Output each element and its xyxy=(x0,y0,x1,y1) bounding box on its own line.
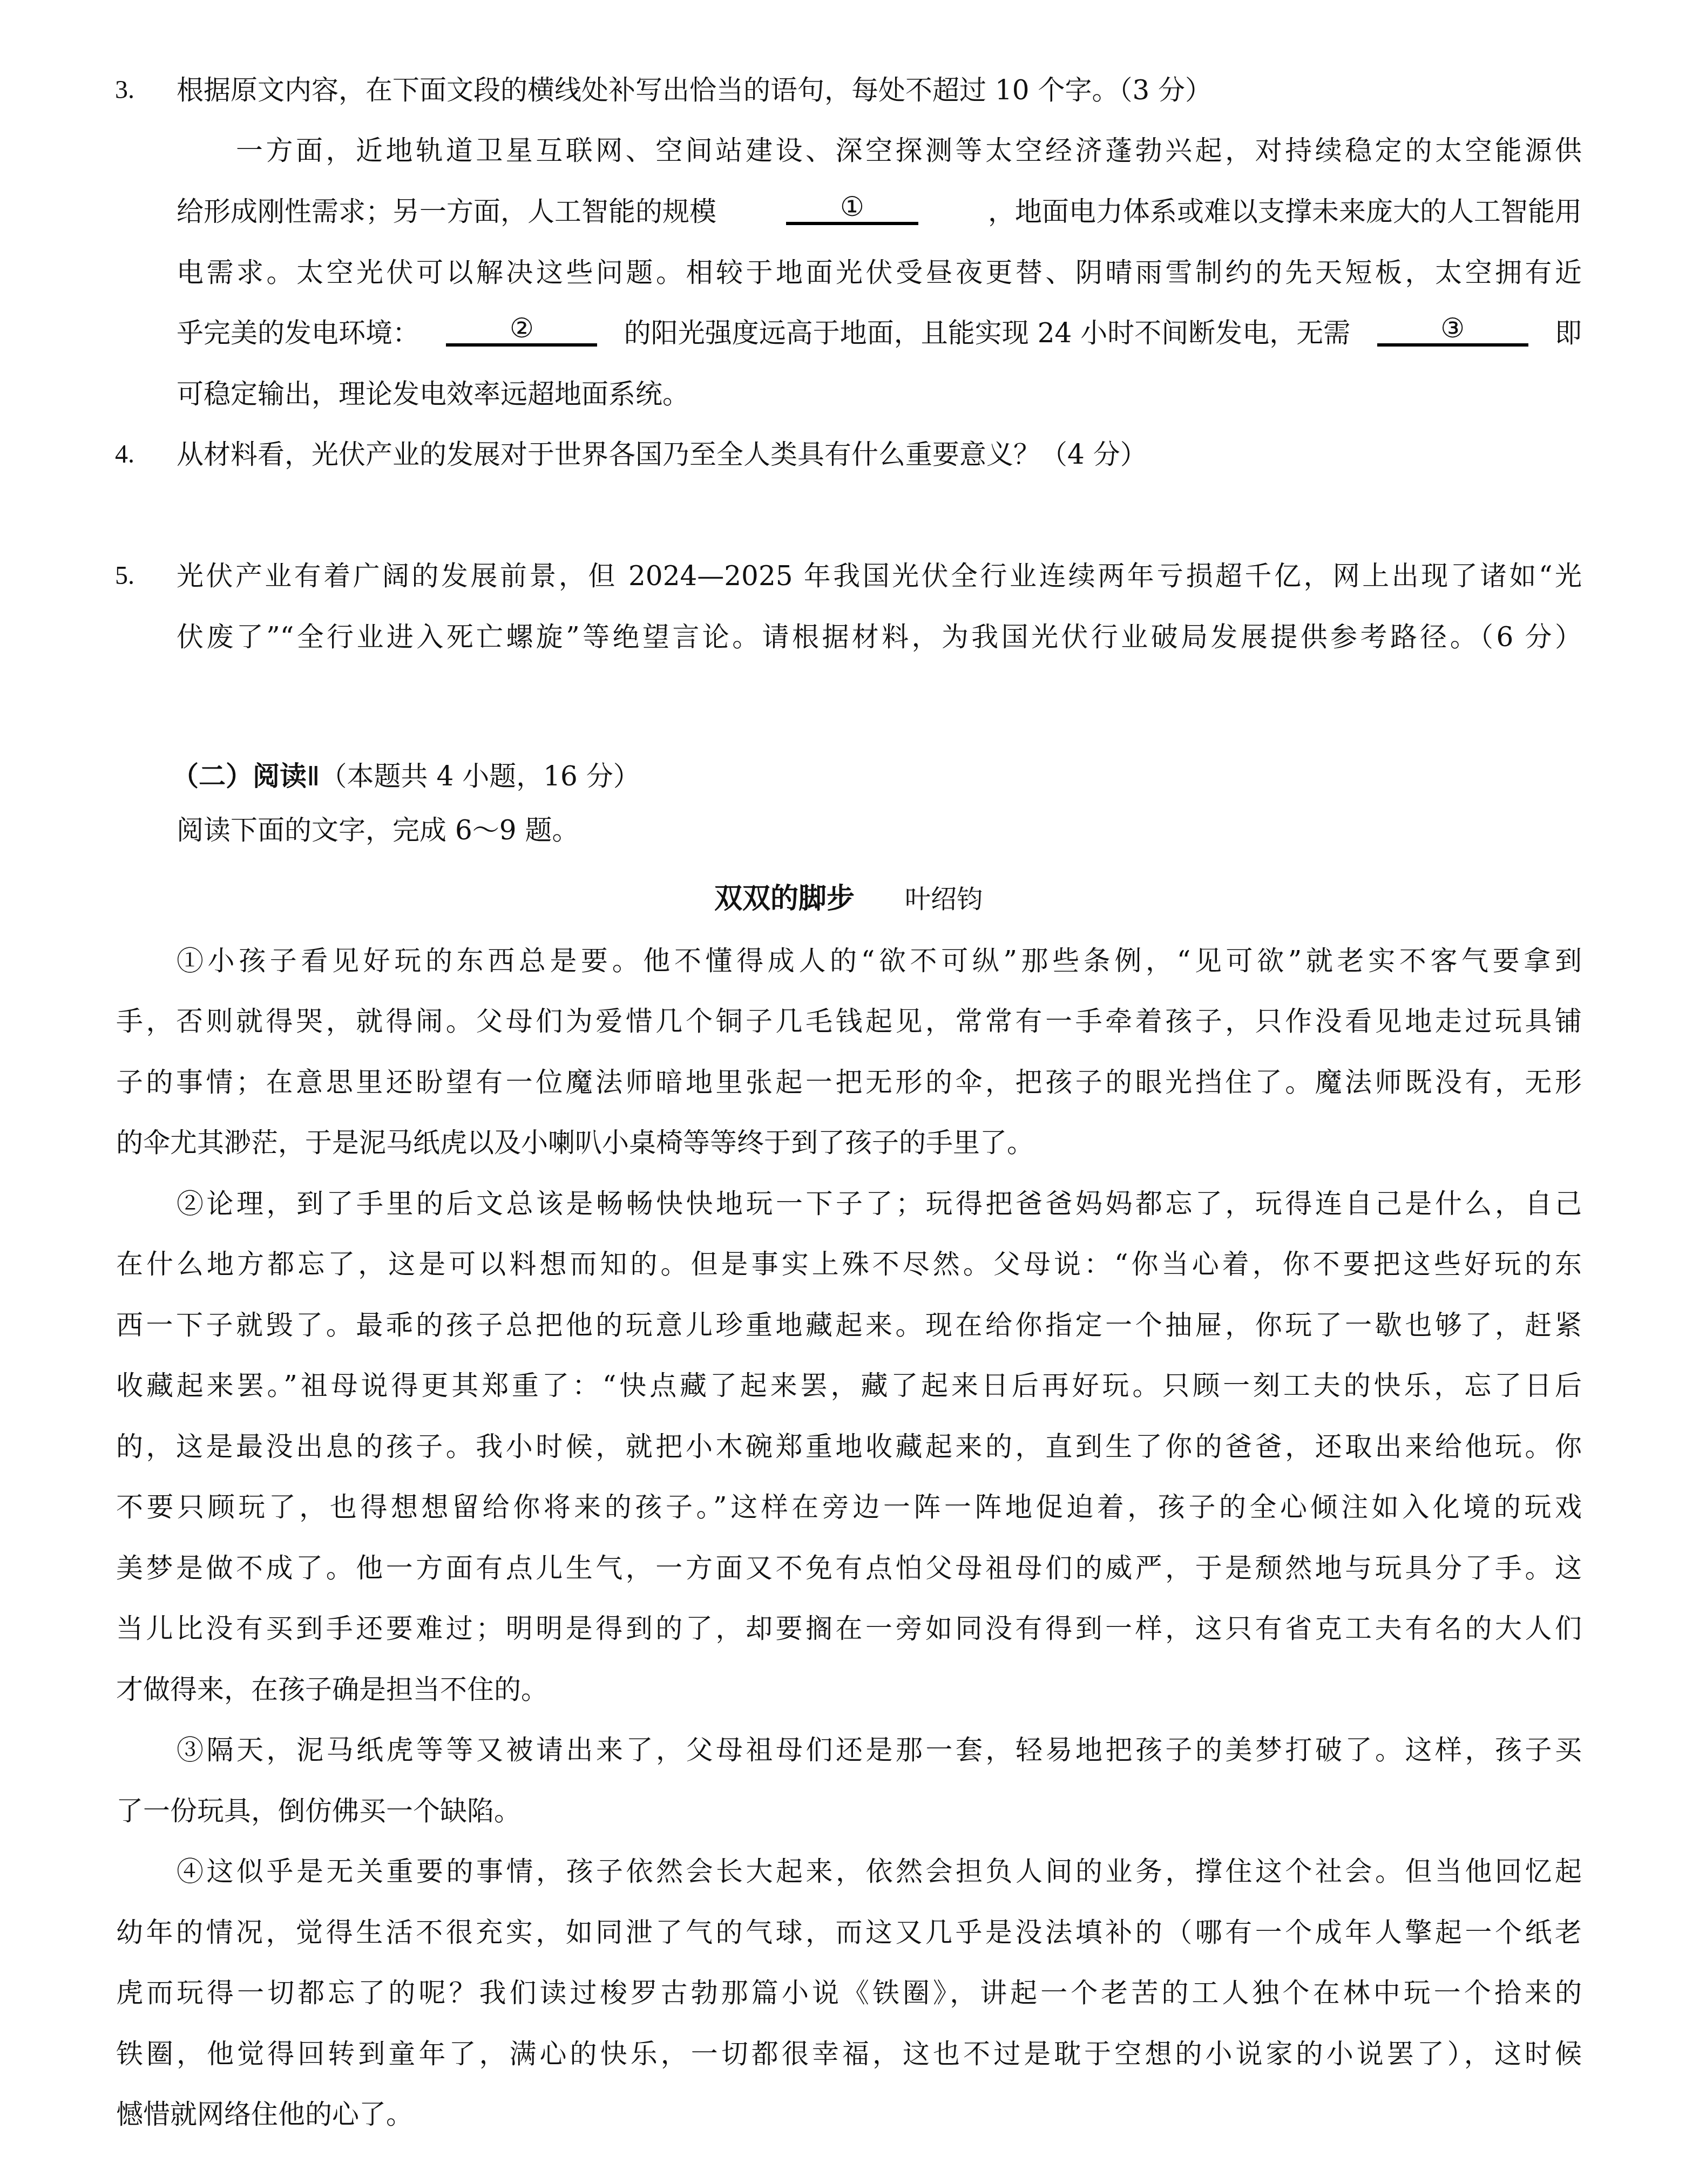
paragraph-2-line: 当儿比没有买到手还要难过；明明是得到的了，却要搁在一旁如同没有得到一样，这只有省… xyxy=(116,1610,1582,1647)
fill-blank-1[interactable]: ① xyxy=(786,192,918,225)
section-instruction: 阅读下面的文字，完成 6～9 题。 xyxy=(177,811,579,849)
paragraph-3-line: ③隔天，泥马纸虎等等又被请出来了，父母祖母们还是那一套，轻易地把孩子的美梦打破了… xyxy=(177,1731,1582,1769)
fill-blank-2[interactable]: ② xyxy=(446,313,597,347)
paragraph-2-line: 的，这是最没出息的孩子。我小时候，就把小木碗郑重地收藏起来的，直到生了你的爸爸，… xyxy=(116,1428,1582,1466)
article-heading: 双双的脚步 叶绍钧 xyxy=(714,880,983,918)
paragraph-2-line: 收藏起来罢。”祖母说得更其郑重了：“快点藏了起来罢，藏了起来日后再好玩。只顾一刻… xyxy=(116,1367,1582,1405)
passage-text: 的阳光强度远高于地面，且能实现 24 小时不间断发电，无需 xyxy=(624,314,1350,352)
question-number: 5. xyxy=(115,557,134,595)
passage-text: 乎完美的发电环境： xyxy=(177,314,419,352)
paragraph-4-line: 铁圈，他觉得回转到童年了，满心的快乐，一切都很幸福，这也不过是耽于空想的小说家的… xyxy=(116,2035,1582,2073)
paragraph-2-line: 才做得来，在孩子确是担当不住的。 xyxy=(116,1671,548,1708)
passage-line-with-blank: 给形成刚性需求；另一方面，人工智能的规模 ① ，地面电力体系或难以支撑未来庞大的… xyxy=(177,193,1582,230)
passage-line-with-blanks: 乎完美的发电环境： ② 的阳光强度远高于地面，且能实现 24 小时不间断发电，无… xyxy=(177,314,1582,352)
paragraph-2-line: 西一下子就毁了。最乖的孩子总把他的玩意儿珍重地藏起来。现在给你指定一个抽屉，你玩… xyxy=(116,1306,1582,1344)
paragraph-1-line: 子的事情；在意思里还盼望有一位魔法师暗地里张起一把无形的伞，把孩子的眼光挡住了。… xyxy=(116,1063,1582,1101)
passage-line: 可稳定输出，理论发电效率远超地面系统。 xyxy=(177,375,689,413)
paragraph-2-line: ②论理，到了手里的后文总该是畅畅快快地玩一下子了；玩得把爸爸妈妈都忘了，玩得连自… xyxy=(177,1185,1582,1223)
passage-line: 电需求。太空光伏可以解决这些问题。相较于地面光伏受昼夜更替、阴晴雨雪制约的先天短… xyxy=(177,254,1582,291)
passage-text: 即 xyxy=(1555,314,1582,352)
paragraph-2-line: 不要只顾玩了，也得想想留给你将来的孩子。”这样在旁边一阵一阵地促迫着，孩子的全心… xyxy=(116,1488,1582,1526)
paragraph-4-line: ④这似乎是无关重要的事情，孩子依然会长大起来，依然会担负人间的业务，撑住这个社会… xyxy=(177,1853,1582,1890)
passage-text: ，地面电力体系或难以支撑未来庞大的人工智能用 xyxy=(988,193,1582,230)
question-prompt: 根据原文内容，在下面文段的横线处补写出恰当的语句，每处不超过 10 个字。（3 … xyxy=(177,71,1212,109)
question-prompt-line: 伏废了”“全行业进入死亡螺旋”等绝望言论。请根据材料，为我国光伏行业破局发展提供… xyxy=(177,618,1582,656)
article-title: 双双的脚步 xyxy=(714,883,855,915)
section-title-info: （本题共 4 小题，16 分） xyxy=(320,761,640,792)
passage-line: 一方面，近地轨道卫星互联网、空间站建设、深空探测等太空经济蓬勃兴起，对持续稳定的… xyxy=(236,132,1582,169)
article-author: 叶绍钧 xyxy=(905,884,983,914)
paragraph-1-line: ①小孩子看见好玩的东西总是要。他不懂得成人的“欲不可纵”那些条例，“见可欲”就老… xyxy=(177,942,1582,980)
passage-text: 给形成刚性需求；另一方面，人工智能的规模 xyxy=(177,193,716,230)
paragraph-1-line: 手，否则就得哭，就得闹。父母们为爱惜几个铜子几毛钱起见，常常有一手牵着孩子，只作… xyxy=(116,1002,1582,1040)
fill-blank-3[interactable]: ③ xyxy=(1377,313,1528,347)
section-numeral: Ⅱ xyxy=(307,761,320,792)
section-title-bold: （二）阅读 xyxy=(172,761,307,792)
question-number: 3. xyxy=(115,71,134,109)
question-prompt-line: 光伏产业有着广阔的发展前景，但 2024—2025 年我国光伏全行业连续两年亏损… xyxy=(177,557,1582,595)
paragraph-4-line: 虎而玩得一切都忘了的呢？我们读过梭罗古勃那篇小说《铁圈》，讲起一个老苦的工人独个… xyxy=(116,1974,1582,2012)
question-prompt: 从材料看，光伏产业的发展对于世界各国乃至全人类具有什么重要意义？（4 分） xyxy=(177,436,1147,473)
paragraph-4-line: 幼年的情况，觉得生活不很充实，如同泄了气的气球，而这又几乎是没法填补的（哪有一个… xyxy=(116,1914,1582,1951)
question-number: 4. xyxy=(115,436,134,473)
paragraph-4-line: 憾惜就网络住他的心了。 xyxy=(116,2095,413,2133)
section-title: （二）阅读Ⅱ（本题共 4 小题，16 分） xyxy=(172,757,640,795)
paragraph-1-line: 的伞尤其渺茫，于是泥马纸虎以及小喇叭小桌椅等等终于到了孩子的手里了。 xyxy=(116,1124,1034,1162)
paragraph-2-line: 在什么地方都忘了，这是可以料想而知的。但是事实上殊不尽然。父母说：“你当心着，你… xyxy=(116,1245,1582,1283)
paragraph-3-line: 了一份玩具，倒仿佛买一个缺陷。 xyxy=(116,1792,521,1830)
paragraph-2-line: 美梦是做不成了。他一方面有点儿生气，一方面又不免有点怕父母祖母们的威严，于是颓然… xyxy=(116,1549,1582,1587)
